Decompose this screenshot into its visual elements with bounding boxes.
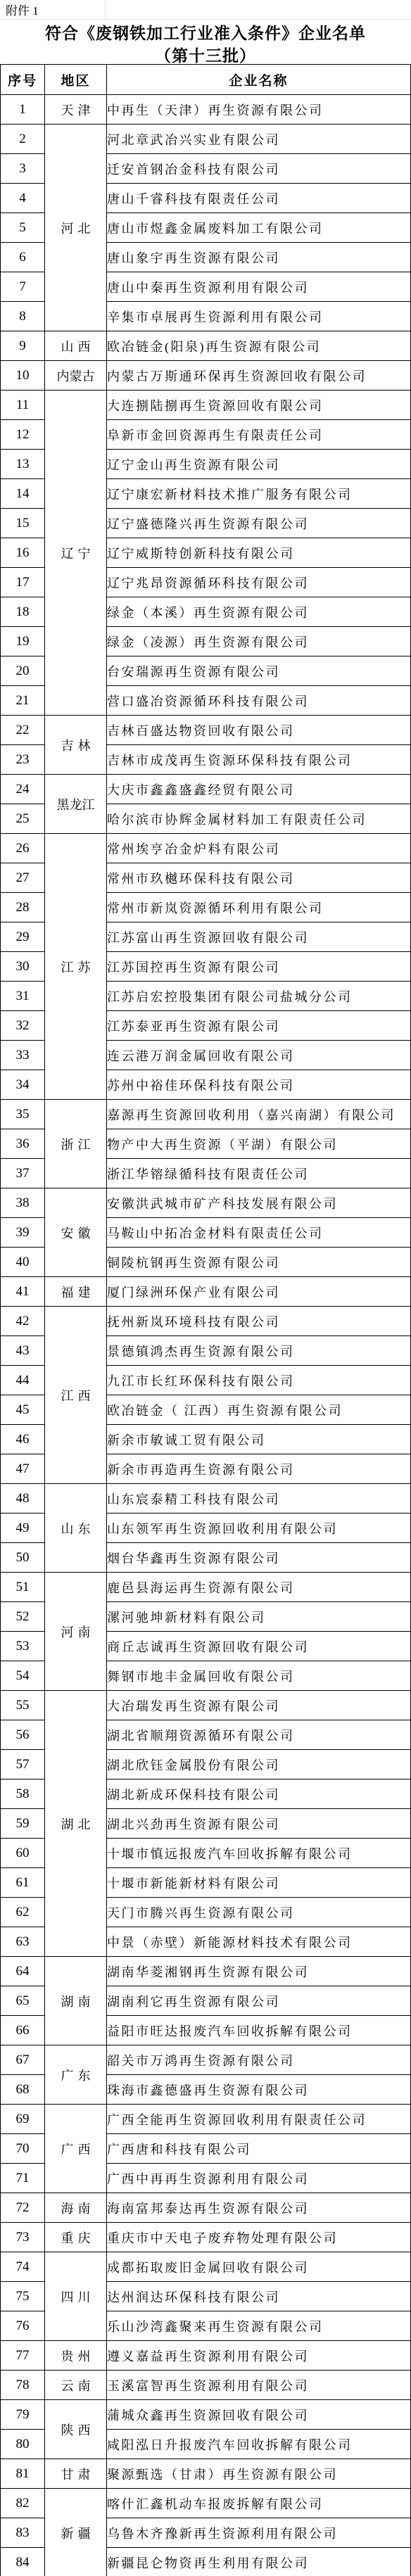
company-name-cell: 漯河驰坤新材料有限公司 <box>107 1602 411 1632</box>
table-row: 26江苏常州埃亨冶金炉料有限公司 <box>1 834 411 863</box>
row-number-cell: 32 <box>1 1011 45 1041</box>
row-number-cell: 5 <box>1 213 45 243</box>
region-cell: 重庆 <box>45 2223 107 2252</box>
company-name-cell: 吉林百盛达物资回收有限公司 <box>107 716 411 745</box>
row-number-cell: 73 <box>1 2223 45 2252</box>
company-name-cell: 天门市腾兴再生资源有限公司 <box>107 1898 411 1927</box>
company-name-cell: 常州埃亨冶金炉料有限公司 <box>107 834 411 863</box>
row-number-cell: 7 <box>1 272 45 302</box>
row-number-cell: 63 <box>1 1927 45 1957</box>
company-name-cell: 连云港万润金属回收有限公司 <box>107 1041 411 1070</box>
row-number-cell: 67 <box>1 2045 45 2075</box>
row-number-cell: 1 <box>1 95 45 125</box>
company-name-cell: 乌鲁木齐豫新再生资源利用有限公司 <box>107 2518 411 2548</box>
row-number-cell: 9 <box>1 331 45 361</box>
row-number-cell: 37 <box>1 1159 45 1188</box>
company-name-cell: 湖北欣钰金属股份有限公司 <box>107 1750 411 1779</box>
row-number-cell: 57 <box>1 1750 45 1779</box>
row-number-cell: 12 <box>1 420 45 450</box>
company-name-cell: 湖南利它再生资源有限公司 <box>107 1986 411 2016</box>
company-name-cell: 吉林市成茂再生资源环保科技有限公司 <box>107 745 411 775</box>
company-name-cell: 马鞍山中拓冶金材料有限责任公司 <box>107 1218 411 1248</box>
column-header-index: 序号 <box>1 65 45 95</box>
region-cell: 湖北 <box>45 1691 107 1957</box>
company-name-cell: 重庆市中天电子废弃物处理有限公司 <box>107 2223 411 2252</box>
company-name-cell: 广西中再再生资源利用有限公司 <box>107 2164 411 2193</box>
company-name-cell: 益阳市旺达报废汽车回收拆解有限公司 <box>107 2016 411 2045</box>
row-number-cell: 42 <box>1 1307 45 1336</box>
company-name-cell: 江苏国控再生资源有限公司 <box>107 952 411 982</box>
company-name-cell: 山东宸泰精工科技有限公司 <box>107 1484 411 1514</box>
row-number-cell: 62 <box>1 1898 45 1927</box>
company-name-cell: 河北章武冶兴实业有限公司 <box>107 125 411 154</box>
row-number-cell: 44 <box>1 1366 45 1395</box>
company-name-cell: 辽宁盛德隆兴再生资源有限公司 <box>107 509 411 538</box>
row-number-cell: 72 <box>1 2193 45 2223</box>
table-row: 82新疆喀什汇鑫机动车报废拆解有限公司 <box>1 2489 411 2518</box>
company-name-cell: 湖南华菱湘钢再生资源有限公司 <box>107 1957 411 1986</box>
row-number-cell: 61 <box>1 1868 45 1898</box>
region-cell: 吉林 <box>45 716 107 775</box>
row-number-cell: 17 <box>1 568 45 597</box>
row-number-cell: 52 <box>1 1602 45 1632</box>
company-name-cell: 珠海市鑫德盛再生资源有限公司 <box>107 2075 411 2105</box>
company-name-cell: 鹿邑县海运再生资源有限公司 <box>107 1573 411 1602</box>
region-cell: 内蒙古 <box>45 361 107 391</box>
region-cell: 江苏 <box>45 834 107 1100</box>
row-number-cell: 50 <box>1 1543 45 1573</box>
company-name-cell: 苏州中裕佳环保科技有限公司 <box>107 1070 411 1100</box>
row-number-cell: 13 <box>1 450 45 479</box>
row-number-cell: 82 <box>1 2489 45 2518</box>
company-name-cell: 成都拓取废旧金属回收有限公司 <box>107 2252 411 2282</box>
attachment-label: 附件 1 <box>0 0 106 19</box>
row-number-cell: 15 <box>1 509 45 538</box>
table-row: 9山西欧冶链金(阳泉)再生资源有限公司 <box>1 331 411 361</box>
row-number-cell: 8 <box>1 302 45 331</box>
company-name-cell: 湖北省顺翔资源循环有限公司 <box>107 1720 411 1750</box>
region-cell: 甘肃 <box>45 2459 107 2489</box>
company-name-cell: 咸阳泓日升报废汽车回收拆解有限公司 <box>107 2430 411 2459</box>
table-row: 55湖北大冶瑞发再生资源有限公司 <box>1 1691 411 1720</box>
column-header-region: 地区 <box>45 65 107 95</box>
company-name-cell: 厦门绿洲环保产业有限公司 <box>107 1277 411 1307</box>
company-name-cell: 大连捌陆捌再生资源回收有限公司 <box>107 391 411 420</box>
row-number-cell: 16 <box>1 538 45 568</box>
table-row: 42江西抚州新岚环境科技有限公司 <box>1 1307 411 1336</box>
row-number-cell: 3 <box>1 154 45 184</box>
company-name-cell: 营口盛冶资源循环科技有限公司 <box>107 686 411 716</box>
company-name-cell: 迁安首钢冶金科技有限公司 <box>107 154 411 184</box>
row-number-cell: 77 <box>1 2341 45 2371</box>
row-number-cell: 76 <box>1 2311 45 2341</box>
table-row: 77贵州遵义嘉益再生资源利用有限公司 <box>1 2341 411 2371</box>
company-name-cell: 嘉源再生资源回收利用（嘉兴南湖）有限公司 <box>107 1100 411 1129</box>
company-name-cell: 广西唐和科技有限公司 <box>107 2134 411 2164</box>
table-row: 67广东韶关市万鸿再生资源有限公司 <box>1 2045 411 2075</box>
region-cell: 江西 <box>45 1307 107 1484</box>
company-name-cell: 商丘志诚再生资源回收有限公司 <box>107 1632 411 1661</box>
row-number-cell: 71 <box>1 2164 45 2193</box>
company-name-cell: 铜陵杭钢再生资源有限公司 <box>107 1248 411 1277</box>
row-number-cell: 29 <box>1 922 45 952</box>
table-row: 38安徽安徽洪武城市矿产科技发展有限公司 <box>1 1188 411 1218</box>
table-row: 79陕西蒲城众鑫再生资源回收有限公司 <box>1 2400 411 2430</box>
row-number-cell: 21 <box>1 686 45 716</box>
company-name-cell: 台安瑞源再生资源有限公司 <box>107 656 411 686</box>
row-number-cell: 11 <box>1 391 45 420</box>
row-number-cell: 49 <box>1 1514 45 1543</box>
row-number-cell: 33 <box>1 1041 45 1070</box>
document-title-line1: 符合《废钢铁加工行业准入条件》企业名单 <box>0 20 411 44</box>
table-row: 78云南玉溪富智再生资源利用有限公司 <box>1 2371 411 2400</box>
table-row: 69广西广西全能再生资源回收利用有限责任公司 <box>1 2105 411 2134</box>
company-name-cell: 广西全能再生资源回收利用有限责任公司 <box>107 2105 411 2134</box>
row-number-cell: 24 <box>1 775 45 804</box>
company-name-cell: 新疆昆仑物资再生利用有限公司 <box>107 2548 411 2576</box>
row-number-cell: 46 <box>1 1425 45 1454</box>
region-cell: 天津 <box>45 95 107 125</box>
document-page: 附件 1 符合《废钢铁加工行业准入条件》企业名单 （第十三批） 序号 地区 企业… <box>0 0 411 2576</box>
company-name-cell: 绿金（凌源）再生资源有限公司 <box>107 627 411 656</box>
company-table: 序号 地区 企业名称 1天津中再生（天津）再生资源有限公司2河北河北章武冶兴实业… <box>0 64 411 2576</box>
region-cell: 福建 <box>45 1277 107 1307</box>
company-name-cell: 辽宁金山再生资源有限公司 <box>107 450 411 479</box>
row-number-cell: 10 <box>1 361 45 391</box>
table-row: 35浙江嘉源再生资源回收利用（嘉兴南湖）有限公司 <box>1 1100 411 1129</box>
company-name-cell: 景德镇鸿杰再生资源有限公司 <box>107 1336 411 1366</box>
row-number-cell: 51 <box>1 1573 45 1602</box>
company-name-cell: 遵义嘉益再生资源利用有限公司 <box>107 2341 411 2371</box>
attachment-row: 附件 1 <box>0 0 411 20</box>
row-number-cell: 81 <box>1 2459 45 2489</box>
row-number-cell: 64 <box>1 1957 45 1986</box>
row-number-cell: 28 <box>1 893 45 922</box>
region-cell: 辽宁 <box>45 391 107 716</box>
row-number-cell: 75 <box>1 2282 45 2311</box>
company-name-cell: 舞钢市地丰金属回收有限公司 <box>107 1661 411 1691</box>
company-name-cell: 十堰市慎远报废汽车回收拆解有限公司 <box>107 1839 411 1868</box>
row-number-cell: 56 <box>1 1720 45 1750</box>
company-name-cell: 新余市再造再生资源有限公司 <box>107 1454 411 1484</box>
row-number-cell: 55 <box>1 1691 45 1720</box>
company-name-cell: 唐山象宇再生资源有限公司 <box>107 243 411 272</box>
company-name-cell: 韶关市万鸿再生资源有限公司 <box>107 2045 411 2075</box>
row-number-cell: 78 <box>1 2371 45 2400</box>
company-name-cell: 十堰市新能新材料有限公司 <box>107 1868 411 1898</box>
company-name-cell: 中景（赤壁）新能源材料技术有限公司 <box>107 1927 411 1957</box>
row-number-cell: 26 <box>1 834 45 863</box>
row-number-cell: 54 <box>1 1661 45 1691</box>
region-cell: 黑龙江 <box>45 775 107 834</box>
company-name-cell: 安徽洪武城市矿产科技发展有限公司 <box>107 1188 411 1218</box>
table-header-row: 序号 地区 企业名称 <box>1 65 411 95</box>
row-number-cell: 84 <box>1 2548 45 2576</box>
row-number-cell: 23 <box>1 745 45 775</box>
company-name-cell: 唐山千睿科技有限责任公司 <box>107 184 411 213</box>
table-row: 81甘肃聚源甄选（甘肃）再生资源有限公司 <box>1 2459 411 2489</box>
row-number-cell: 79 <box>1 2400 45 2430</box>
document-title-line2: （第十三批） <box>0 44 411 64</box>
row-number-cell: 83 <box>1 2518 45 2548</box>
table-row: 1天津中再生（天津）再生资源有限公司 <box>1 95 411 125</box>
region-cell: 湖南 <box>45 1957 107 2045</box>
company-name-cell: 阜新市金回资源再生有限责任公司 <box>107 420 411 450</box>
row-number-cell: 36 <box>1 1129 45 1159</box>
row-number-cell: 27 <box>1 863 45 893</box>
company-name-cell: 大冶瑞发再生资源有限公司 <box>107 1691 411 1720</box>
table-row: 64湖南湖南华菱湘钢再生资源有限公司 <box>1 1957 411 1986</box>
company-name-cell: 常州市新岚资源循环利用有限公司 <box>107 893 411 922</box>
company-name-cell: 蒲城众鑫再生资源回收有限公司 <box>107 2400 411 2430</box>
row-number-cell: 43 <box>1 1336 45 1366</box>
row-number-cell: 38 <box>1 1188 45 1218</box>
row-number-cell: 14 <box>1 479 45 509</box>
company-name-cell: 海南富邦泰达再生资源有限公司 <box>107 2193 411 2223</box>
company-name-cell: 山东领军再生资源回收利用有限公司 <box>107 1514 411 1543</box>
row-number-cell: 25 <box>1 804 45 834</box>
company-name-cell: 欧冶链金(阳泉)再生资源有限公司 <box>107 331 411 361</box>
company-name-cell: 内蒙古万斯通环保再生资源回收有限公司 <box>107 361 411 391</box>
company-name-cell: 湖北兴劲再生资源有限公司 <box>107 1809 411 1839</box>
table-row: 48山东山东宸泰精工科技有限公司 <box>1 1484 411 1514</box>
region-cell: 安徽 <box>45 1188 107 1277</box>
company-name-cell: 辽宁康宏新材料技术推广服务有限公司 <box>107 479 411 509</box>
row-number-cell: 6 <box>1 243 45 272</box>
company-name-cell: 玉溪富智再生资源利用有限公司 <box>107 2371 411 2400</box>
company-name-cell: 江苏启宏控股集团有限公司盐城分公司 <box>107 982 411 1011</box>
row-number-cell: 47 <box>1 1454 45 1484</box>
region-cell: 浙江 <box>45 1100 107 1188</box>
company-name-cell: 辽宁兆昂资源循环科技有限公司 <box>107 568 411 597</box>
region-cell: 山西 <box>45 331 107 361</box>
row-number-cell: 41 <box>1 1277 45 1307</box>
table-row: 2河北河北章武冶兴实业有限公司 <box>1 125 411 154</box>
region-cell: 云南 <box>45 2371 107 2400</box>
row-number-cell: 48 <box>1 1484 45 1514</box>
company-name-cell: 烟台华鑫再生资源有限公司 <box>107 1543 411 1573</box>
row-number-cell: 31 <box>1 982 45 1011</box>
company-name-cell: 聚源甄选（甘肃）再生资源有限公司 <box>107 2459 411 2489</box>
company-name-cell: 江苏泰亚再生资源有限公司 <box>107 1011 411 1041</box>
row-number-cell: 34 <box>1 1070 45 1100</box>
row-number-cell: 4 <box>1 184 45 213</box>
row-number-cell: 18 <box>1 597 45 627</box>
region-cell: 河北 <box>45 125 107 331</box>
row-number-cell: 39 <box>1 1218 45 1248</box>
table-row: 24黑龙江大庆市鑫鑫盛鑫经贸有限公司 <box>1 775 411 804</box>
company-name-cell: 欧冶链金（ 江西）再生资源有限公司 <box>107 1395 411 1425</box>
row-number-cell: 70 <box>1 2134 45 2164</box>
row-number-cell: 69 <box>1 2105 45 2134</box>
row-number-cell: 60 <box>1 1839 45 1868</box>
company-name-cell: 喀什汇鑫机动车报废拆解有限公司 <box>107 2489 411 2518</box>
row-number-cell: 66 <box>1 2016 45 2045</box>
company-name-cell: 辽宁威斯特创新科技有限公司 <box>107 538 411 568</box>
row-number-cell: 2 <box>1 125 45 154</box>
company-name-cell: 绿金（本溪）再生资源有限公司 <box>107 597 411 627</box>
company-name-cell: 哈尔滨市协辉金属材料加工有限责任公司 <box>107 804 411 834</box>
row-number-cell: 40 <box>1 1248 45 1277</box>
row-number-cell: 35 <box>1 1100 45 1129</box>
row-number-cell: 58 <box>1 1779 45 1809</box>
company-name-cell: 九江市长红环保科技有限公司 <box>107 1366 411 1395</box>
company-name-cell: 常州市玖樾环保科技有限公司 <box>107 863 411 893</box>
company-name-cell: 新余市敏诚工贸有限公司 <box>107 1425 411 1454</box>
company-name-cell: 唐山中秦再生资源利用有限公司 <box>107 272 411 302</box>
company-name-cell: 唐山市煜鑫金属废料加工有限公司 <box>107 213 411 243</box>
company-name-cell: 浙江华镕绿循科技有限责任公司 <box>107 1159 411 1188</box>
company-name-cell: 中再生（天津）再生资源有限公司 <box>107 95 411 125</box>
table-row: 22吉林吉林百盛达物资回收有限公司 <box>1 716 411 745</box>
region-cell: 海南 <box>45 2193 107 2223</box>
row-number-cell: 80 <box>1 2430 45 2459</box>
row-number-cell: 19 <box>1 627 45 656</box>
company-name-cell: 辛集市卓展再生资源利用有限公司 <box>107 302 411 331</box>
region-cell: 山东 <box>45 1484 107 1573</box>
row-number-cell: 68 <box>1 2075 45 2105</box>
region-cell: 贵州 <box>45 2341 107 2371</box>
region-cell: 河南 <box>45 1573 107 1691</box>
region-cell: 广西 <box>45 2105 107 2193</box>
company-name-cell: 物产中大再生资源（平湖）有限公司 <box>107 1129 411 1159</box>
table-row: 10内蒙古内蒙古万斯通环保再生资源回收有限公司 <box>1 361 411 391</box>
region-cell: 新疆 <box>45 2489 107 2576</box>
table-row: 72海南海南富邦泰达再生资源有限公司 <box>1 2193 411 2223</box>
company-name-cell: 乐山沙湾鑫聚来再生资源有限公司 <box>107 2311 411 2341</box>
company-name-cell: 湖北新成环保科技有限公司 <box>107 1779 411 1809</box>
company-name-cell: 达州润达环保科技有限公司 <box>107 2282 411 2311</box>
row-number-cell: 20 <box>1 656 45 686</box>
region-cell: 广东 <box>45 2045 107 2105</box>
table-row: 11辽宁大连捌陆捌再生资源回收有限公司 <box>1 391 411 420</box>
row-number-cell: 59 <box>1 1809 45 1839</box>
region-cell: 四川 <box>45 2252 107 2341</box>
table-row: 41福建厦门绿洲环保产业有限公司 <box>1 1277 411 1307</box>
table-row: 74四川成都拓取废旧金属回收有限公司 <box>1 2252 411 2282</box>
row-number-cell: 22 <box>1 716 45 745</box>
company-name-cell: 大庆市鑫鑫盛鑫经贸有限公司 <box>107 775 411 804</box>
row-number-cell: 74 <box>1 2252 45 2282</box>
row-number-cell: 30 <box>1 952 45 982</box>
company-name-cell: 江苏富山再生资源回收有限公司 <box>107 922 411 952</box>
row-number-cell: 53 <box>1 1632 45 1661</box>
row-number-cell: 65 <box>1 1986 45 2016</box>
company-name-cell: 抚州新岚环境科技有限公司 <box>107 1307 411 1336</box>
column-header-company-name: 企业名称 <box>107 65 411 95</box>
table-row: 51河南鹿邑县海运再生资源有限公司 <box>1 1573 411 1602</box>
region-cell: 陕西 <box>45 2400 107 2459</box>
row-number-cell: 45 <box>1 1395 45 1425</box>
table-row: 73重庆重庆市中天电子废弃物处理有限公司 <box>1 2223 411 2252</box>
